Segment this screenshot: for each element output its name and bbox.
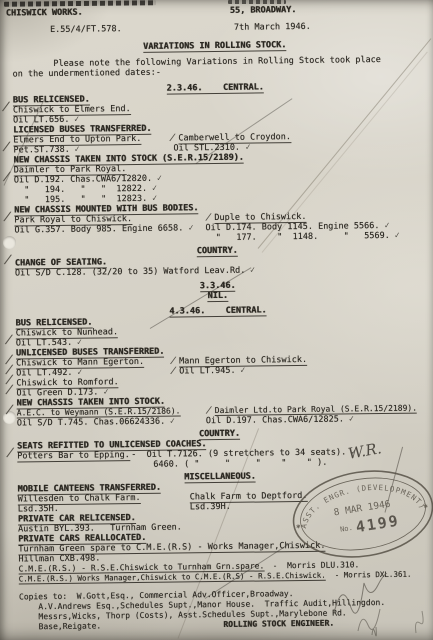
pencil-tick-icon: / <box>204 213 212 224</box>
seat-refit-entry-right: 6460. ( " " " " " ). <box>153 458 327 470</box>
document-title: VARIATIONS IN ROLLING STOCK. <box>0 38 431 53</box>
letterhead-text: CHISWICK WORKS. <box>6 8 83 19</box>
stamp-side-mark: ✱ <box>423 502 429 511</box>
pencil-check-icon: ✓ <box>384 221 391 232</box>
pencil-tick-icon: / <box>4 335 14 346</box>
pencil-check-icon: ✓ <box>156 173 163 184</box>
vehicle-entry-text: Oil LT.492. <box>16 368 72 379</box>
pencil-tick-icon: / <box>3 255 13 266</box>
pencil-tick-icon: / <box>168 133 176 144</box>
seat-refit-entry-right-text: 6460. ( " " " " " ). <box>153 458 327 470</box>
pencil-tick-icon: / <box>2 142 12 153</box>
pencil-check-icon: ✓ <box>394 231 401 242</box>
pencil-tick-icon: / <box>5 448 15 459</box>
pencil-tick-icon: / <box>2 212 12 223</box>
reference-and-date-right-text: 7th March 1946. <box>234 22 311 33</box>
pencil-check-icon: ✓ <box>77 367 84 378</box>
pencil-check-icon: ✓ <box>188 223 195 234</box>
pencil-tick-icon: / <box>5 385 15 396</box>
reference-and-date-text: E.55/4/FT.578. <box>50 24 122 35</box>
vehicle-entry-right-text: Lsd.39H. <box>190 502 231 512</box>
vehicle-entry-text: Pet.ST.738. <box>13 145 69 156</box>
pencil-check-icon: ✓ <box>74 114 81 125</box>
pencil-check-icon: ✓ <box>152 193 159 204</box>
received-date-stamp: ASST. ENGR. (DEVELOPMENT) 8 MAR 1946 No.… <box>281 451 433 577</box>
stamp-number: 4199 <box>355 511 401 536</box>
signature-line-text: Base,Reigate. <box>19 621 101 631</box>
scanned-memo-page: CHISWICK WORKS.55, BROADWAY.E.55/4/FT.57… <box>0 0 433 640</box>
pencil-tick-icon: / <box>169 366 177 377</box>
letterhead: CHISWICK WORKS.55, BROADWAY. <box>0 3 431 18</box>
stamp-no-label: No. <box>340 524 354 534</box>
pencil-check-icon: ✓ <box>240 365 247 376</box>
pencil-check-icon: ✓ <box>170 416 177 427</box>
vehicle-entry-right-text: Oil LT.945. <box>179 366 235 377</box>
pencil-tick-icon: / <box>2 172 12 183</box>
signature-line-right-text: ROLLING STOCK ENGINEER. <box>223 619 334 629</box>
pencil-check-icon: ✓ <box>244 142 251 153</box>
pencil-check-icon: ✓ <box>103 387 110 398</box>
vehicle-entry-text: Oil LT.543. <box>16 338 72 349</box>
document-title-text: VARIATIONS IN ROLLING STOCK. <box>143 40 286 53</box>
signature-line-right: ROLLING STOCK ENGINEER. <box>223 619 334 630</box>
vehicle-entry-right-text: " 177. " 1148. " 5569. <box>206 231 390 243</box>
vehicle-entry-text: Oil LT.656. <box>13 115 69 126</box>
pencil-check-icon: ✓ <box>77 337 84 348</box>
nil-entry-text: NIL. <box>207 291 228 302</box>
vehicle-entry-right-text: Oil D.197. Chas.CWA6/12825. <box>206 414 344 426</box>
pencil-tick-icon: / <box>205 406 213 417</box>
pencil-check-icon: ✓ <box>351 447 358 458</box>
pencil-check-icon: ✓ <box>348 414 355 425</box>
vehicle-entry-right: Oil D.197. Chas.CWA6/12825.✓ <box>206 414 355 426</box>
letterhead-right: 55, BROADWAY. <box>230 5 297 16</box>
reference-and-date: E.55/4/FT.578.7th March 1946. <box>0 20 431 35</box>
vehicle-entry-text: Lsd.35H. <box>18 504 59 514</box>
vehicle-entry-text: Oil S/D C.128. (32/20 to 35) Watford Lea… <box>15 266 245 279</box>
pencil-check-icon: ✓ <box>74 144 81 155</box>
pencil-tick-icon: / <box>5 405 15 416</box>
pencil-check-icon: ✓ <box>151 183 158 194</box>
reference-and-date-right: 7th March 1946. <box>234 22 311 33</box>
pencil-scribbles <box>328 573 433 638</box>
intro-text-text: on the undermentioned dates:- <box>13 68 162 80</box>
vehicle-entry-right: Lsd.39H. <box>190 502 231 512</box>
letterhead-right-text: 55, BROADWAY. <box>230 5 297 16</box>
vehicle-entry-text: Oil S/D T.745. Chas.06624336. <box>17 417 166 429</box>
pencil-tick-icon: / <box>1 102 11 113</box>
pencil-check-icon: ✓ <box>250 265 257 276</box>
vehicle-entry-right: " 177. " 1148. " 5569.✓ <box>206 231 401 243</box>
